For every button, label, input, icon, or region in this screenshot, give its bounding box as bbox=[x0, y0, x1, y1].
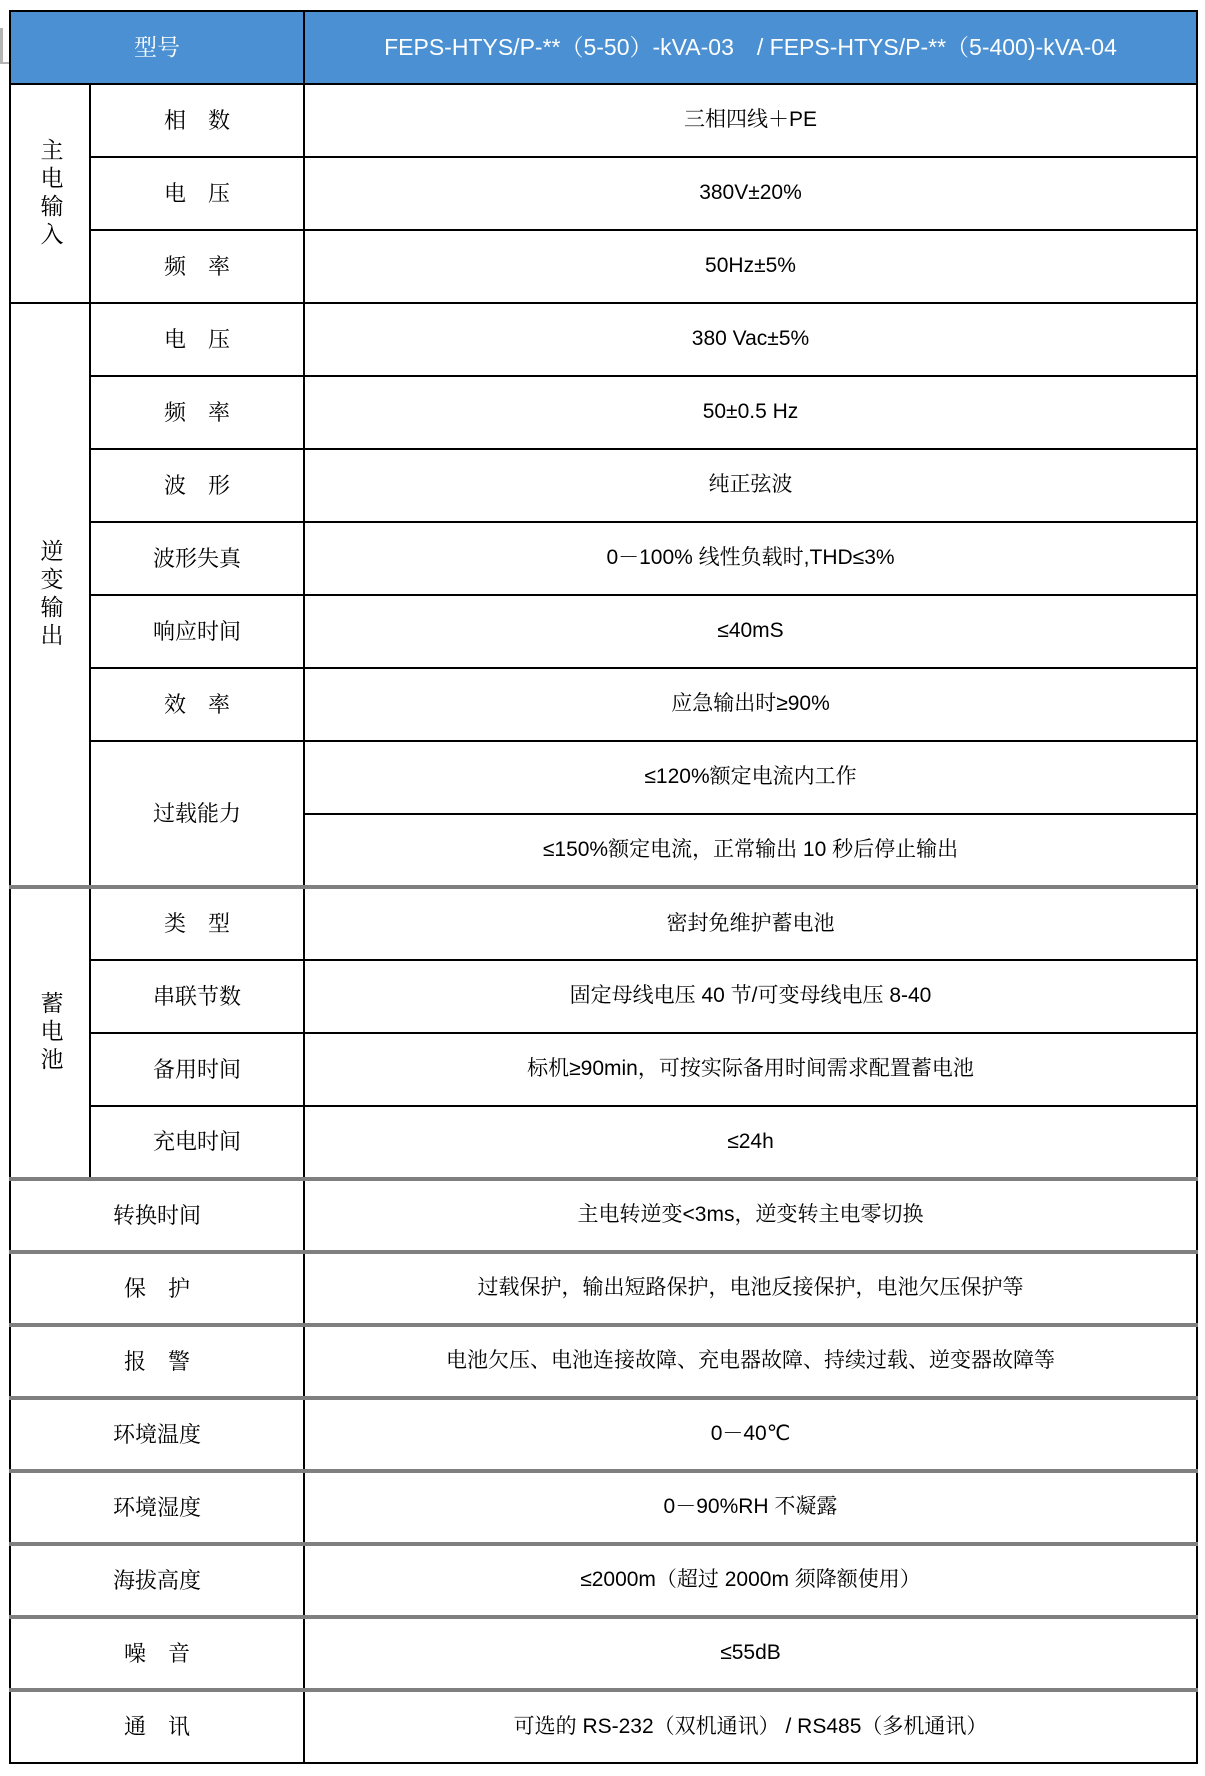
table-row: 转换时间 主电转逆变<3ms，逆变转主电零切换 bbox=[10, 1179, 1197, 1252]
table-row: 备用时间 标机≥90min，可按实际备用时间需求配置蓄电池 bbox=[10, 1033, 1197, 1106]
spec-value: 50±0.5 Hz bbox=[304, 376, 1197, 449]
table-row: 电 压 380V±20% bbox=[10, 157, 1197, 230]
spec-value: 380 Vac±5% bbox=[304, 303, 1197, 376]
spec-label: 充电时间 bbox=[90, 1106, 304, 1179]
spec-value: 0－100% 线性负载时,THD≤3% bbox=[304, 522, 1197, 595]
spec-label: 串联节数 bbox=[90, 960, 304, 1033]
table-row: 蓄电池 类 型 密封免维护蓄电池 bbox=[10, 887, 1197, 960]
table-row: 主电输入 相 数 三相四线＋PE bbox=[10, 84, 1197, 157]
spec-value: 0－90%RH 不凝露 bbox=[304, 1471, 1197, 1544]
spec-value: 0－40℃ bbox=[304, 1398, 1197, 1471]
table-row: 噪 音 ≤55dB bbox=[10, 1617, 1197, 1690]
spec-value: 应急输出时≥90% bbox=[304, 668, 1197, 741]
spec-value: ≤24h bbox=[304, 1106, 1197, 1179]
table-row: 保 护 过载保护，输出短路保护，电池反接保护，电池欠压保护等 bbox=[10, 1252, 1197, 1325]
table-row: 逆变输出 电 压 380 Vac±5% bbox=[10, 303, 1197, 376]
table-row: 环境湿度 0－90%RH 不凝露 bbox=[10, 1471, 1197, 1544]
spec-label-overload: 过载能力 bbox=[90, 741, 304, 887]
spec-label: 备用时间 bbox=[90, 1033, 304, 1106]
spec-label: 频 率 bbox=[90, 376, 304, 449]
spec-value: 可选的 RS-232（双机通讯） / RS485（多机通讯） bbox=[304, 1690, 1197, 1763]
table-row: 海拔高度 ≤2000m（超过 2000m 须降额使用） bbox=[10, 1544, 1197, 1617]
spec-value: 固定母线电压 40 节/可变母线电压 8-40 bbox=[304, 960, 1197, 1033]
spec-label: 相 数 bbox=[90, 84, 304, 157]
spec-value: 380V±20% bbox=[304, 157, 1197, 230]
spec-label: 波形失真 bbox=[90, 522, 304, 595]
spec-table: 型号 FEPS-HTYS/P-**（5-50）-kVA-03 / FEPS-HT… bbox=[9, 10, 1198, 1764]
spec-label: 报 警 bbox=[10, 1325, 304, 1398]
table-row: 波形失真 0－100% 线性负载时,THD≤3% bbox=[10, 522, 1197, 595]
spec-value: ≤2000m（超过 2000m 须降额使用） bbox=[304, 1544, 1197, 1617]
spec-label: 通 讯 bbox=[10, 1690, 304, 1763]
spec-value: 纯正弦波 bbox=[304, 449, 1197, 522]
table-row: 环境温度 0－40℃ bbox=[10, 1398, 1197, 1471]
spec-label: 电 压 bbox=[90, 303, 304, 376]
table-row: 通 讯 可选的 RS-232（双机通讯） / RS485（多机通讯） bbox=[10, 1690, 1197, 1763]
left-edge-artifact-tick bbox=[0, 62, 9, 64]
spec-value: 三相四线＋PE bbox=[304, 84, 1197, 157]
spec-label: 转换时间 bbox=[10, 1179, 304, 1252]
table-row: 频 率 50±0.5 Hz bbox=[10, 376, 1197, 449]
group-label-main-input: 主电输入 bbox=[10, 84, 90, 303]
table-row: 频 率 50Hz±5% bbox=[10, 230, 1197, 303]
spec-value: 主电转逆变<3ms，逆变转主电零切换 bbox=[304, 1179, 1197, 1252]
table-row: 过载能力 ≤120%额定电流内工作 bbox=[10, 741, 1197, 814]
table-row: 效 率 应急输出时≥90% bbox=[10, 668, 1197, 741]
model-header-label: 型号 bbox=[10, 11, 304, 84]
table-row: 充电时间 ≤24h bbox=[10, 1106, 1197, 1179]
spec-value: ≤55dB bbox=[304, 1617, 1197, 1690]
spec-label: 类 型 bbox=[90, 887, 304, 960]
left-edge-artifact bbox=[0, 28, 3, 62]
group-label-inverter-output: 逆变输出 bbox=[10, 303, 90, 887]
spec-value: 密封免维护蓄电池 bbox=[304, 887, 1197, 960]
spec-label: 效 率 bbox=[90, 668, 304, 741]
spec-value: ≤120%额定电流内工作 bbox=[304, 741, 1197, 814]
spec-label: 环境温度 bbox=[10, 1398, 304, 1471]
spec-label: 环境湿度 bbox=[10, 1471, 304, 1544]
table-row: 响应时间 ≤40mS bbox=[10, 595, 1197, 668]
spec-value: ≤40mS bbox=[304, 595, 1197, 668]
spec-label: 频 率 bbox=[90, 230, 304, 303]
group-label-battery: 蓄电池 bbox=[10, 887, 90, 1179]
table-row: 报 警 电池欠压、电池连接故障、充电器故障、持续过载、逆变器故障等 bbox=[10, 1325, 1197, 1398]
spec-value: ≤150%额定电流，正常输出 10 秒后停止输出 bbox=[304, 814, 1197, 887]
table-header-row: 型号 FEPS-HTYS/P-**（5-50）-kVA-03 / FEPS-HT… bbox=[10, 11, 1197, 84]
spec-label: 响应时间 bbox=[90, 595, 304, 668]
spec-label: 保 护 bbox=[10, 1252, 304, 1325]
spec-label: 电 压 bbox=[90, 157, 304, 230]
spec-sheet-page: 型号 FEPS-HTYS/P-**（5-50）-kVA-03 / FEPS-HT… bbox=[0, 0, 1205, 1776]
spec-value: 过载保护，输出短路保护，电池反接保护，电池欠压保护等 bbox=[304, 1252, 1197, 1325]
spec-value: 50Hz±5% bbox=[304, 230, 1197, 303]
spec-value: 标机≥90min，可按实际备用时间需求配置蓄电池 bbox=[304, 1033, 1197, 1106]
table-row: 波 形 纯正弦波 bbox=[10, 449, 1197, 522]
model-header-value: FEPS-HTYS/P-**（5-50）-kVA-03 / FEPS-HTYS/… bbox=[304, 11, 1197, 84]
table-row: 串联节数 固定母线电压 40 节/可变母线电压 8-40 bbox=[10, 960, 1197, 1033]
spec-value: 电池欠压、电池连接故障、充电器故障、持续过载、逆变器故障等 bbox=[304, 1325, 1197, 1398]
spec-label: 噪 音 bbox=[10, 1617, 304, 1690]
spec-label: 海拔高度 bbox=[10, 1544, 304, 1617]
spec-label: 波 形 bbox=[90, 449, 304, 522]
